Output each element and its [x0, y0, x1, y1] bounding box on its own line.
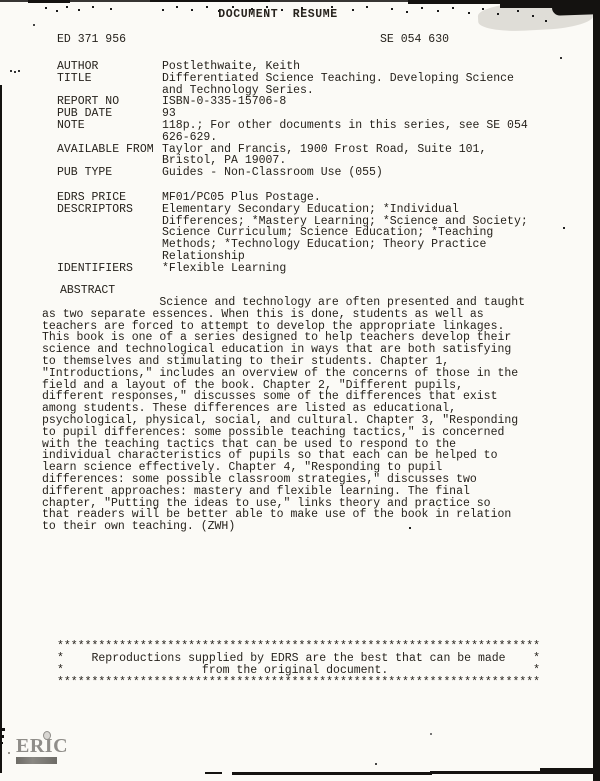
scan-line-bottom-corner: [540, 768, 593, 774]
field-value: Taylor and Francis, 1900 Frost Road, Sui…: [162, 144, 486, 168]
scan-edge-right: [593, 0, 600, 781]
scan-mark-left: [0, 728, 5, 731]
field-label: EDRS PRICE: [57, 192, 162, 204]
eric-logo: ERIC: [16, 736, 76, 764]
field-row-edrs-price: EDRS PRICE MF01/PC05 Plus Postage.: [57, 192, 528, 204]
field-row-report-no: REPORT NO ISBN-0-335-15706-8: [57, 96, 528, 108]
scan-noise-top-right: [408, 0, 508, 4]
field-label: PUB TYPE: [57, 167, 162, 179]
reproduction-notice: ****************************************…: [57, 641, 540, 689]
scan-line-bottom: [205, 772, 222, 774]
field-value: *Flexible Learning: [162, 263, 286, 275]
document-resume-page: DOCUMENT RESUME ED 371 956 SE 054 630 AU…: [0, 0, 600, 781]
field-value: Guides - Non-Classroom Use (055): [162, 167, 383, 179]
ed-accession-number: ED 371 956: [57, 33, 126, 46]
abstract-text: Science and technology are often present…: [42, 297, 525, 533]
clearinghouse-number: SE 054 630: [380, 33, 449, 46]
field-value: ISBN-0-335-15706-8: [162, 96, 286, 108]
scan-mark-left: [0, 735, 4, 738]
field-row-note: NOTE 118p.; For other documents in this …: [57, 120, 528, 144]
eric-logo-tagline-bar: [16, 757, 57, 764]
scan-speckles-misc: [0, 0, 2, 2]
field-value: Differentiated Science Teaching. Develop…: [162, 73, 514, 97]
scan-line-bottom: [232, 772, 432, 775]
scan-edge-left: [0, 85, 2, 773]
field-row-pub-type: PUB TYPE Guides - Non-Classroom Use (055…: [57, 167, 528, 179]
field-value: 118p.; For other documents in this serie…: [162, 120, 528, 144]
field-value: Elementary Secondary Education; *Individ…: [162, 204, 528, 263]
field-label: DESCRIPTORS: [57, 204, 162, 263]
bibliographic-fields: AUTHOR Postlethwaite, Keith TITLE Differ…: [57, 61, 528, 275]
field-value: MF01/PC05 Plus Postage.: [162, 192, 321, 204]
field-row-identifiers: IDENTIFIERS *Flexible Learning: [57, 263, 528, 275]
field-row-descriptors: DESCRIPTORS Elementary Secondary Educati…: [57, 204, 528, 263]
field-row-title: TITLE Differentiated Science Teaching. D…: [57, 73, 528, 97]
field-label: AVAILABLE FROM: [57, 144, 162, 168]
field-row-available-from: AVAILABLE FROM Taylor and Francis, 1900 …: [57, 144, 528, 168]
eric-logo-globe-icon: [43, 731, 51, 740]
scan-mark-left: [0, 742, 3, 744]
field-label: TITLE: [57, 73, 162, 97]
page-title: DOCUMENT RESUME: [0, 8, 556, 21]
scan-noise-top-middle: [150, 0, 270, 2]
scan-noise-top-left: [28, 0, 70, 3]
field-label: NOTE: [57, 120, 162, 144]
field-label: IDENTIFIERS: [57, 263, 162, 275]
